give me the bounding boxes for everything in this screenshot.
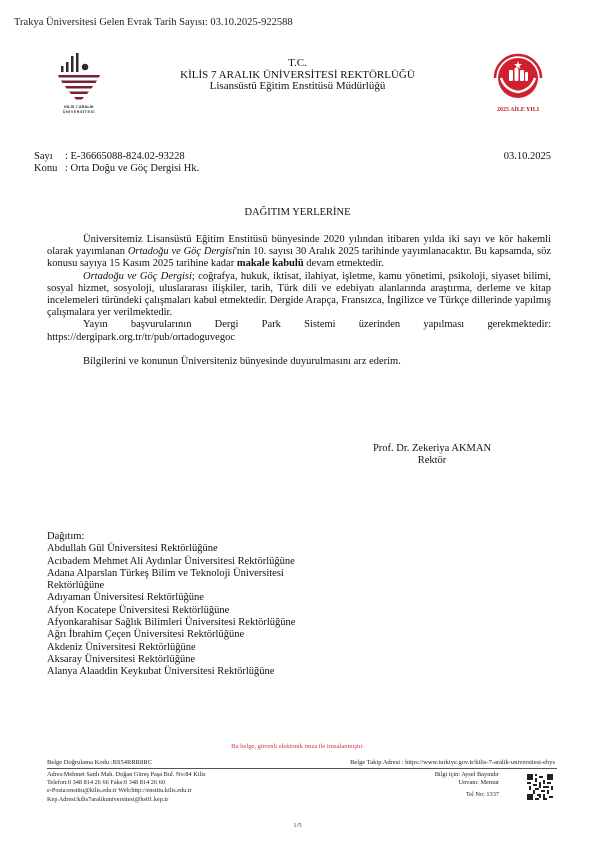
distribution-label: Dağıtım: [47,531,297,543]
header-line-tc: T.C. [130,58,465,70]
distribution-list: Dağıtım: Abdullah Gül Üniversitesi Rektö… [47,531,297,679]
paragraph-1: Üniversitemiz Lisansüstü Eğitim Enstitüs… [47,234,551,271]
signatory-title: Rektör [352,455,512,467]
list-item: Afyonkarahisar Sağlık Bilimleri Üniversi… [47,617,297,629]
contact-role: Unvanı: Memur [435,779,499,787]
document-subject-label: Konu [34,163,65,175]
journal-name: Ortadoğu ve Göç Dergisi [83,271,192,282]
contact-phone: Tel No: 1337 [435,791,499,799]
emphasis-article-acceptance: makale kabulü [237,258,304,269]
e-signature-notice: Bu belge, güvenli elektonik imza ile imz… [0,743,595,750]
document-number-row: Sayı: E-36665088-824.02-93228 [34,151,199,163]
list-item: Acıbadem Mehmet Ali Aydınlar Üniversites… [47,556,297,568]
list-item: Adıyaman Üniversitesi Rektörlüğüne [47,592,297,604]
list-item: Alanya Alaaddin Keykubat Üniversitesi Re… [47,666,297,678]
incoming-document-stamp: Trakya Üniversitesi Gelen Evrak Tarih Sa… [14,17,293,28]
list-item: Abdullah Gül Üniversitesi Rektörlüğüne [47,543,297,555]
kilis-university-logo-icon: KİLİS 7 ARALIK ÜNİVERSİTESİ [52,52,106,118]
letterhead: T.C. KİLİS 7 ARALIK ÜNİVERSİTESİ REKTÖRL… [130,58,465,93]
list-item: Adana Alparslan Türkeş Bilim ve Teknoloj… [47,568,297,593]
paragraph-2: Ortadoğu ve Göç Dergisi; coğrafya, hukuk… [47,271,551,320]
qr-code-icon [527,774,553,800]
svg-text:KİLİS 7 ARALIK: KİLİS 7 ARALIK [64,104,94,109]
paragraph-3: Yayın başvurularının Dergi Park Sistemi … [47,319,551,331]
verification-code: Belge Doğrulama Kodu :BS54RRR8RC [47,759,152,766]
signatory-name: Prof. Dr. Zekeriya AKMAN [352,443,512,455]
document-subject-row: Konu: Orta Doğu ve Göç Dergisi Hk. [34,163,199,175]
email-web-line[interactable]: e-Posta:enstitu@kilis.edu.tr Web:http://… [47,787,205,795]
letter-body: Üniversitemiz Lisansüstü Eğitim Enstitüs… [47,234,551,369]
list-item: Afyon Kocatepe Üniversitesi Rektörlüğüne [47,605,297,617]
kep-line: Kep Adresi:kilis7aralikuniversitesi@hs01… [47,796,205,804]
footer-contact: Bilgi için: Aysel Bayındır Unvanı: Memur… [435,771,499,799]
document-date: 03.10.2025 [504,151,551,162]
list-item: Ağrı İbrahim Çeçen Üniversitesi Rektörlü… [47,629,297,641]
distribution-heading: DAĞITIM YERLERİNE [0,207,595,218]
list-item: Akdeniz Üniversitesi Rektörlüğüne [47,642,297,654]
journal-link[interactable]: https://dergipark.org.tr/tr/pub/ortadogu… [47,332,551,344]
list-item: Aksaray Üniversitesi Rektörlüğüne [47,654,297,666]
address-line: Adres:Mehmet Sanlı Mah. Doğan Güreş Paşa… [47,771,205,779]
family-year-logo-icon: 2025 AİLE YILI [485,48,551,114]
footer-address: Adres:Mehmet Sanlı Mah. Doğan Güreş Paşa… [47,771,205,804]
document-subject-value: : Orta Doğu ve Göç Dergisi Hk. [65,163,199,174]
svg-text:ÜNİVERSİTESİ: ÜNİVERSİTESİ [63,109,95,114]
page-number: 1/5 [0,822,595,829]
signature-block: Prof. Dr. Zekeriya AKMAN Rektör [352,443,512,467]
paragraph-4: Bilgilerini ve konunun Üniversiteniz bün… [47,356,551,368]
document-number-value: : E-36665088-824.02-93228 [65,151,185,162]
journal-name: Ortadoğu ve Göç Dergisi [128,246,235,257]
header-institute: Lisansüstü Eğitim Enstitüsü Müdürlüğü [130,81,465,93]
phone-line: Telefon:0 348 814 26 66 Faks:0 348 814 2… [47,779,205,787]
tracking-address[interactable]: Belge Takip Adresi : https://www.turkiye… [350,759,555,766]
svg-text:2025 AİLE YILI: 2025 AİLE YILI [497,106,540,113]
document-number-label: Sayı [34,151,65,163]
footer-divider [47,768,557,769]
document-meta: Sayı: E-36665088-824.02-93228 Konu: Orta… [34,151,199,175]
contact-person: Bilgi için: Aysel Bayındır [435,771,499,779]
